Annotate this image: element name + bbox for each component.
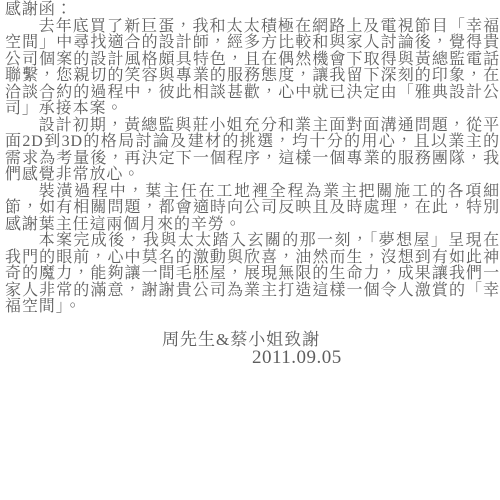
letter-paragraph-4: 本案完成後，我與太太踏入玄關的那一刻，「夢想屋」呈現在我門的眼前，心中莫名的激動… [5,233,500,316]
letter-body: 感謝函： 去年底買了新巨蛋，我和太太積極在網路上及電視節目「幸福空間」中尋找適合… [5,2,500,366]
letter-paragraph-1: 去年底買了新巨蛋，我和太太積極在網路上及電視節目「幸福空間」中尋找適合的設計師，… [5,19,500,118]
letter-title: 感謝函： [5,2,500,19]
letter-date: 2011.09.05 [252,349,500,366]
letter-page: 感謝函： 去年底買了新巨蛋，我和太太積極在網路上及電視節目「幸福空間」中尋找適合… [0,0,500,500]
letter-signature: 周先生&蔡小姐致謝 [162,331,500,348]
letter-paragraph-2: 設計初期，黃總監與莊小姐充分和業主面對面溝通問題，從平面2D到3D的格局討論及建… [5,118,500,184]
letter-paragraph-3: 裝潢過程中，葉主任在工地裡全程為業主把關施工的各項細節，如有相關問題，都會適時向… [5,184,500,234]
